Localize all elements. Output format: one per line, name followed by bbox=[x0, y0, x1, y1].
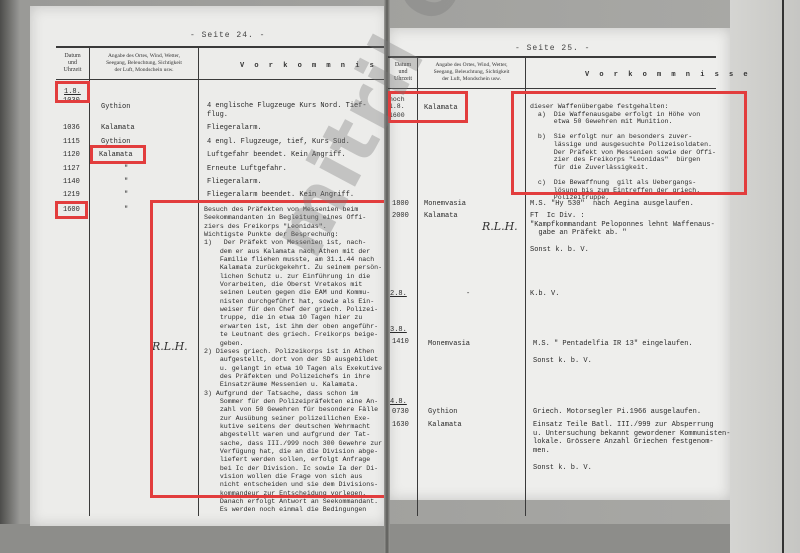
left-header-top-rule bbox=[56, 46, 388, 48]
highlight-prefect-visit-entry bbox=[150, 200, 390, 498]
highlight-time-1600 bbox=[55, 201, 88, 219]
right-page-label: - Seite 25. - bbox=[515, 44, 590, 53]
row-place: Kalamata bbox=[101, 124, 135, 133]
right-header-events: V o r k o m m n i s s e bbox=[585, 71, 751, 79]
row-date: 4.8. bbox=[390, 398, 407, 407]
margin-signature: R.L.H. bbox=[482, 220, 518, 233]
row-time: 1140 bbox=[63, 178, 80, 187]
right-col-divider-1 bbox=[417, 56, 418, 516]
row-event: Fliegeralarm. bbox=[207, 178, 262, 187]
row-event: M.S. " Pentadelfia IR 13" eingelaufen. S… bbox=[533, 340, 693, 366]
left-col-divider-1 bbox=[89, 46, 90, 516]
row-place: - bbox=[466, 290, 470, 299]
row-date: 2.8. bbox=[390, 290, 407, 299]
left-header-date: Datum und Uhrzeit bbox=[56, 53, 89, 74]
scan-right-edge bbox=[730, 0, 800, 553]
row-time: 0730 bbox=[392, 408, 409, 417]
row-place: Gythion bbox=[428, 408, 457, 417]
row-event: K.b. V. bbox=[530, 290, 559, 299]
row-time: 1120 bbox=[63, 151, 80, 160]
row-time: 2000 bbox=[392, 212, 409, 221]
highlight-kalamata-1120 bbox=[90, 145, 146, 164]
row-place: Kalamata bbox=[428, 421, 462, 430]
row-event: Fliegeralarm. bbox=[207, 124, 262, 133]
scan-bottom-edge bbox=[0, 524, 800, 553]
row-place: " bbox=[124, 191, 128, 200]
row-event: M.S. "Hy 530" nach Aegina ausgelaufen. bbox=[530, 200, 694, 209]
row-time: 1800 bbox=[392, 200, 409, 209]
row-time: 1410 bbox=[392, 338, 409, 347]
row-event: Einsatz Teile Batl. III./999 zur Absperr… bbox=[533, 421, 730, 473]
row-place: " bbox=[124, 206, 128, 215]
row-date: 3.8. bbox=[390, 326, 407, 335]
row-place: Monemvasia bbox=[424, 200, 466, 209]
row-time: 1219 bbox=[63, 191, 80, 200]
row-event: Griech. Motorsegler Pi.1966 ausgelaufen. bbox=[533, 408, 701, 417]
left-header-place: Angabe des Ortes, Wind, Wetter, Seegang,… bbox=[90, 53, 198, 74]
left-page-label: - Seite 24. - bbox=[190, 31, 265, 40]
row-place: Kalamata bbox=[424, 212, 458, 221]
highlight-date-1-8 bbox=[55, 81, 90, 103]
row-time: 1115 bbox=[63, 138, 80, 147]
row-event: Erneute Luftgefahr. bbox=[207, 165, 287, 174]
row-time: 1036 bbox=[63, 124, 80, 133]
row-place: Gythion bbox=[101, 103, 130, 112]
row-place: " bbox=[124, 178, 128, 187]
row-time: 1630 bbox=[392, 421, 409, 430]
row-place: Monemvasia bbox=[428, 340, 470, 349]
row-place: " bbox=[124, 165, 128, 174]
highlight-weapons-handover-terms bbox=[511, 91, 747, 195]
row-event: FT Ic Div. : "Kampfkommandant Peloponnes… bbox=[530, 212, 715, 255]
row-time: 1127 bbox=[63, 165, 80, 174]
right-header-bottom-rule bbox=[388, 88, 716, 89]
